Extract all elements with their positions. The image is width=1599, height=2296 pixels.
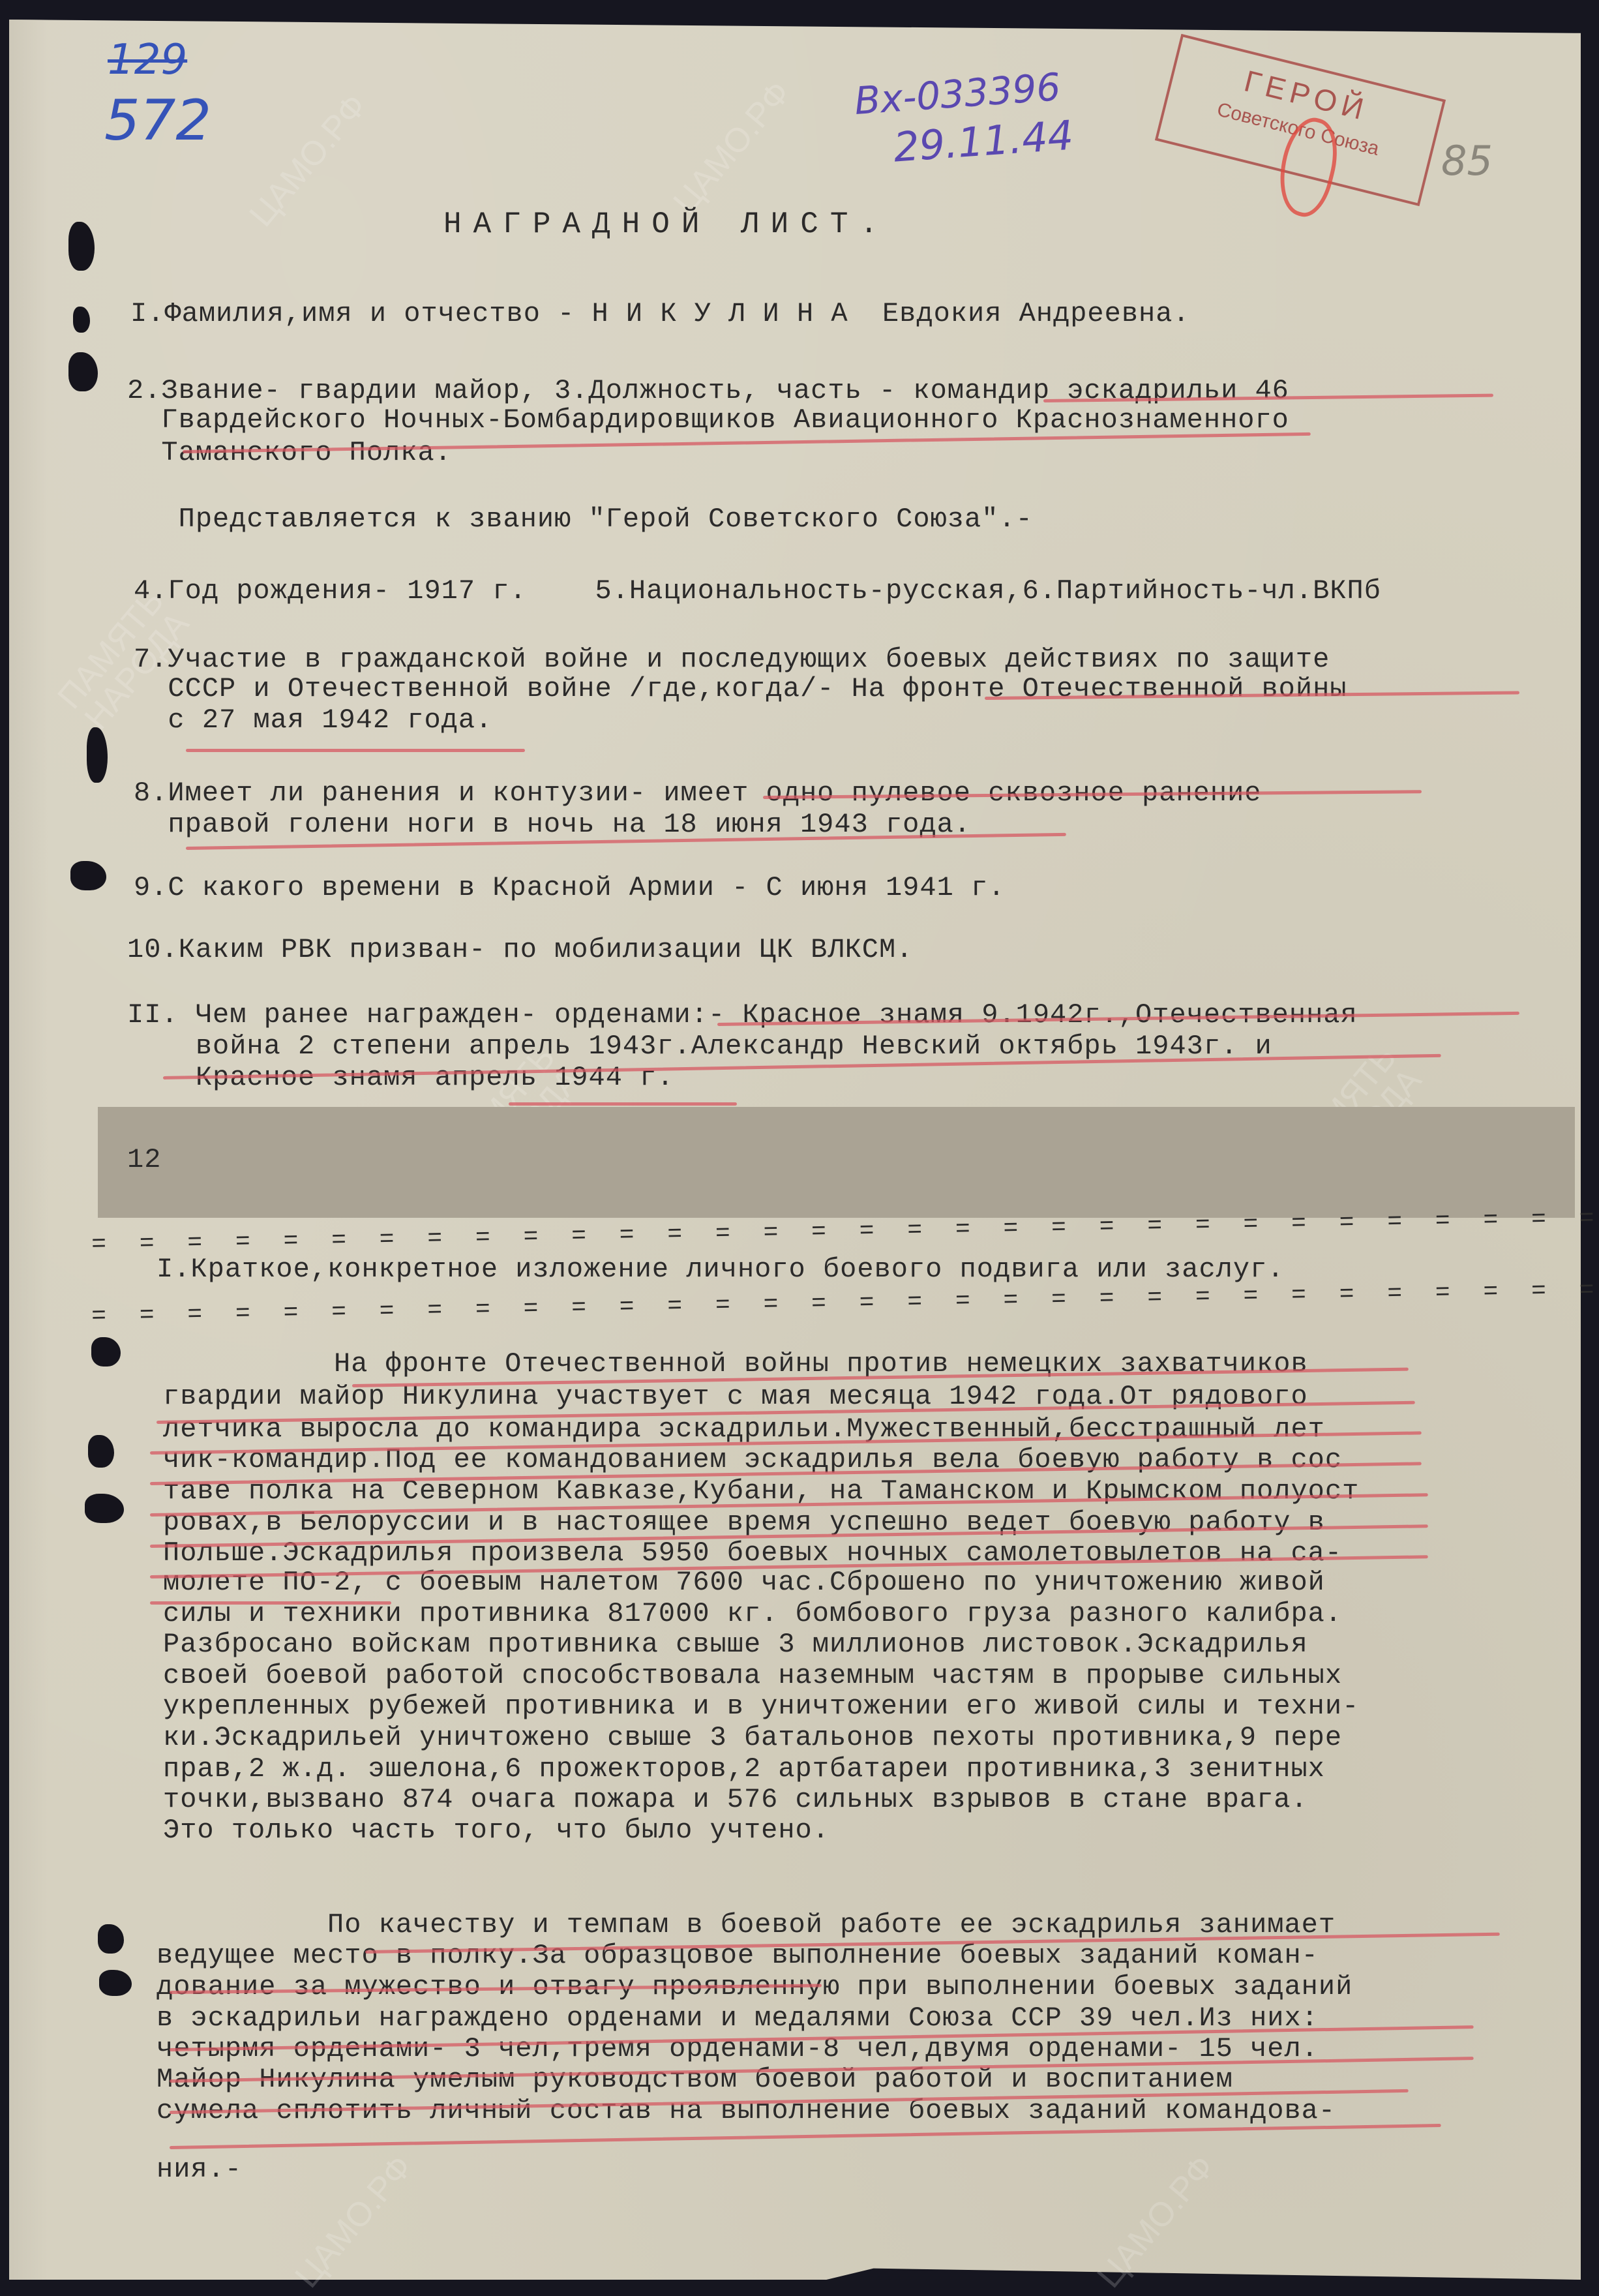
section-heading: I.Краткое,конкретное изложение личного б… (157, 1252, 1284, 1286)
red-underline (186, 749, 525, 752)
narrative-line: своей боевой работой способствовала назе… (163, 1659, 1342, 1693)
field-line: I.Фамилия,имя и отчество - Н И К У Л И Н… (130, 297, 1190, 331)
field-line: СССР и Отечественной войне /где,когда/- … (134, 672, 1347, 706)
narrative-line: в эскадрильи награждено орденами и медал… (157, 2001, 1319, 2035)
narrative-line: На фронте Отечественной войны против нем… (163, 1347, 1308, 1381)
field-line: с 27 мая 1942 года. (134, 703, 492, 737)
field-line: Представляется к званию "Герой Советског… (127, 502, 1033, 536)
red-underline (150, 1601, 391, 1605)
archive-number: 572 (104, 88, 211, 153)
binding-hole (88, 1435, 114, 1468)
binding-hole (98, 1924, 124, 1954)
narrative-line: укрепленных рубежей противника и в уничт… (163, 1689, 1359, 1723)
narrative-line: точки,вызвано 874 очага пожара и 576 сил… (163, 1783, 1308, 1817)
binding-hole (99, 1970, 132, 1996)
binding-hole (85, 1494, 124, 1523)
narrative-line: ния.- (157, 2152, 242, 2186)
narrative-line: прав,2 ж.д. эшелона,6 прожекторов,2 артб… (163, 1752, 1325, 1786)
field-line: 12 (127, 1143, 161, 1177)
document-title: НАГРАДНОЙ ЛИСТ. (443, 207, 889, 241)
binding-hole (73, 307, 90, 333)
red-underline (509, 1102, 737, 1106)
field-line: 10.Каким РВК призван- по мобилизации ЦК … (127, 933, 913, 967)
binding-hole (70, 861, 106, 890)
narrative-line: Это только часть того, что было учтено. (163, 1813, 829, 1847)
narrative-line: ки.Эскадрильей уничтожено свыше 3 баталь… (163, 1721, 1342, 1755)
binding-strip (9, 20, 48, 2280)
field-line: Гвардейского Ночных-Бомбардировщиков Ави… (127, 403, 1289, 437)
field-line: война 2 степени апрель 1943г.Александр Н… (127, 1029, 1272, 1063)
narrative-line: По качеству и темпам в боевой работе ее … (157, 1908, 1336, 1942)
page-number: 85 (1441, 137, 1493, 185)
binding-hole (91, 1337, 121, 1367)
redacted-area (98, 1107, 1575, 1218)
field-line: 9.С какого времени в Красной Армии - С и… (134, 871, 1005, 905)
narrative-line: четырмя орденами- 3 чел,тремя орденами-8… (157, 2032, 1319, 2066)
field-line: II. Чем ранее награжден- орденами:- Крас… (127, 998, 1358, 1032)
narrative-line: Разбросано войскам противника свыше 3 ми… (163, 1627, 1308, 1661)
archive-number-struck: 129 (108, 36, 187, 84)
narrative-line: ведущее место в полку.За образцовое выпо… (157, 1939, 1319, 1972)
field-line: 4.Год рождения- 1917 г. 5.Национальность… (134, 574, 1381, 608)
field-line: Таманского Полка. (127, 436, 452, 470)
narrative-line: молете ПО-2, с боевым налетом 7600 час.С… (163, 1565, 1325, 1599)
